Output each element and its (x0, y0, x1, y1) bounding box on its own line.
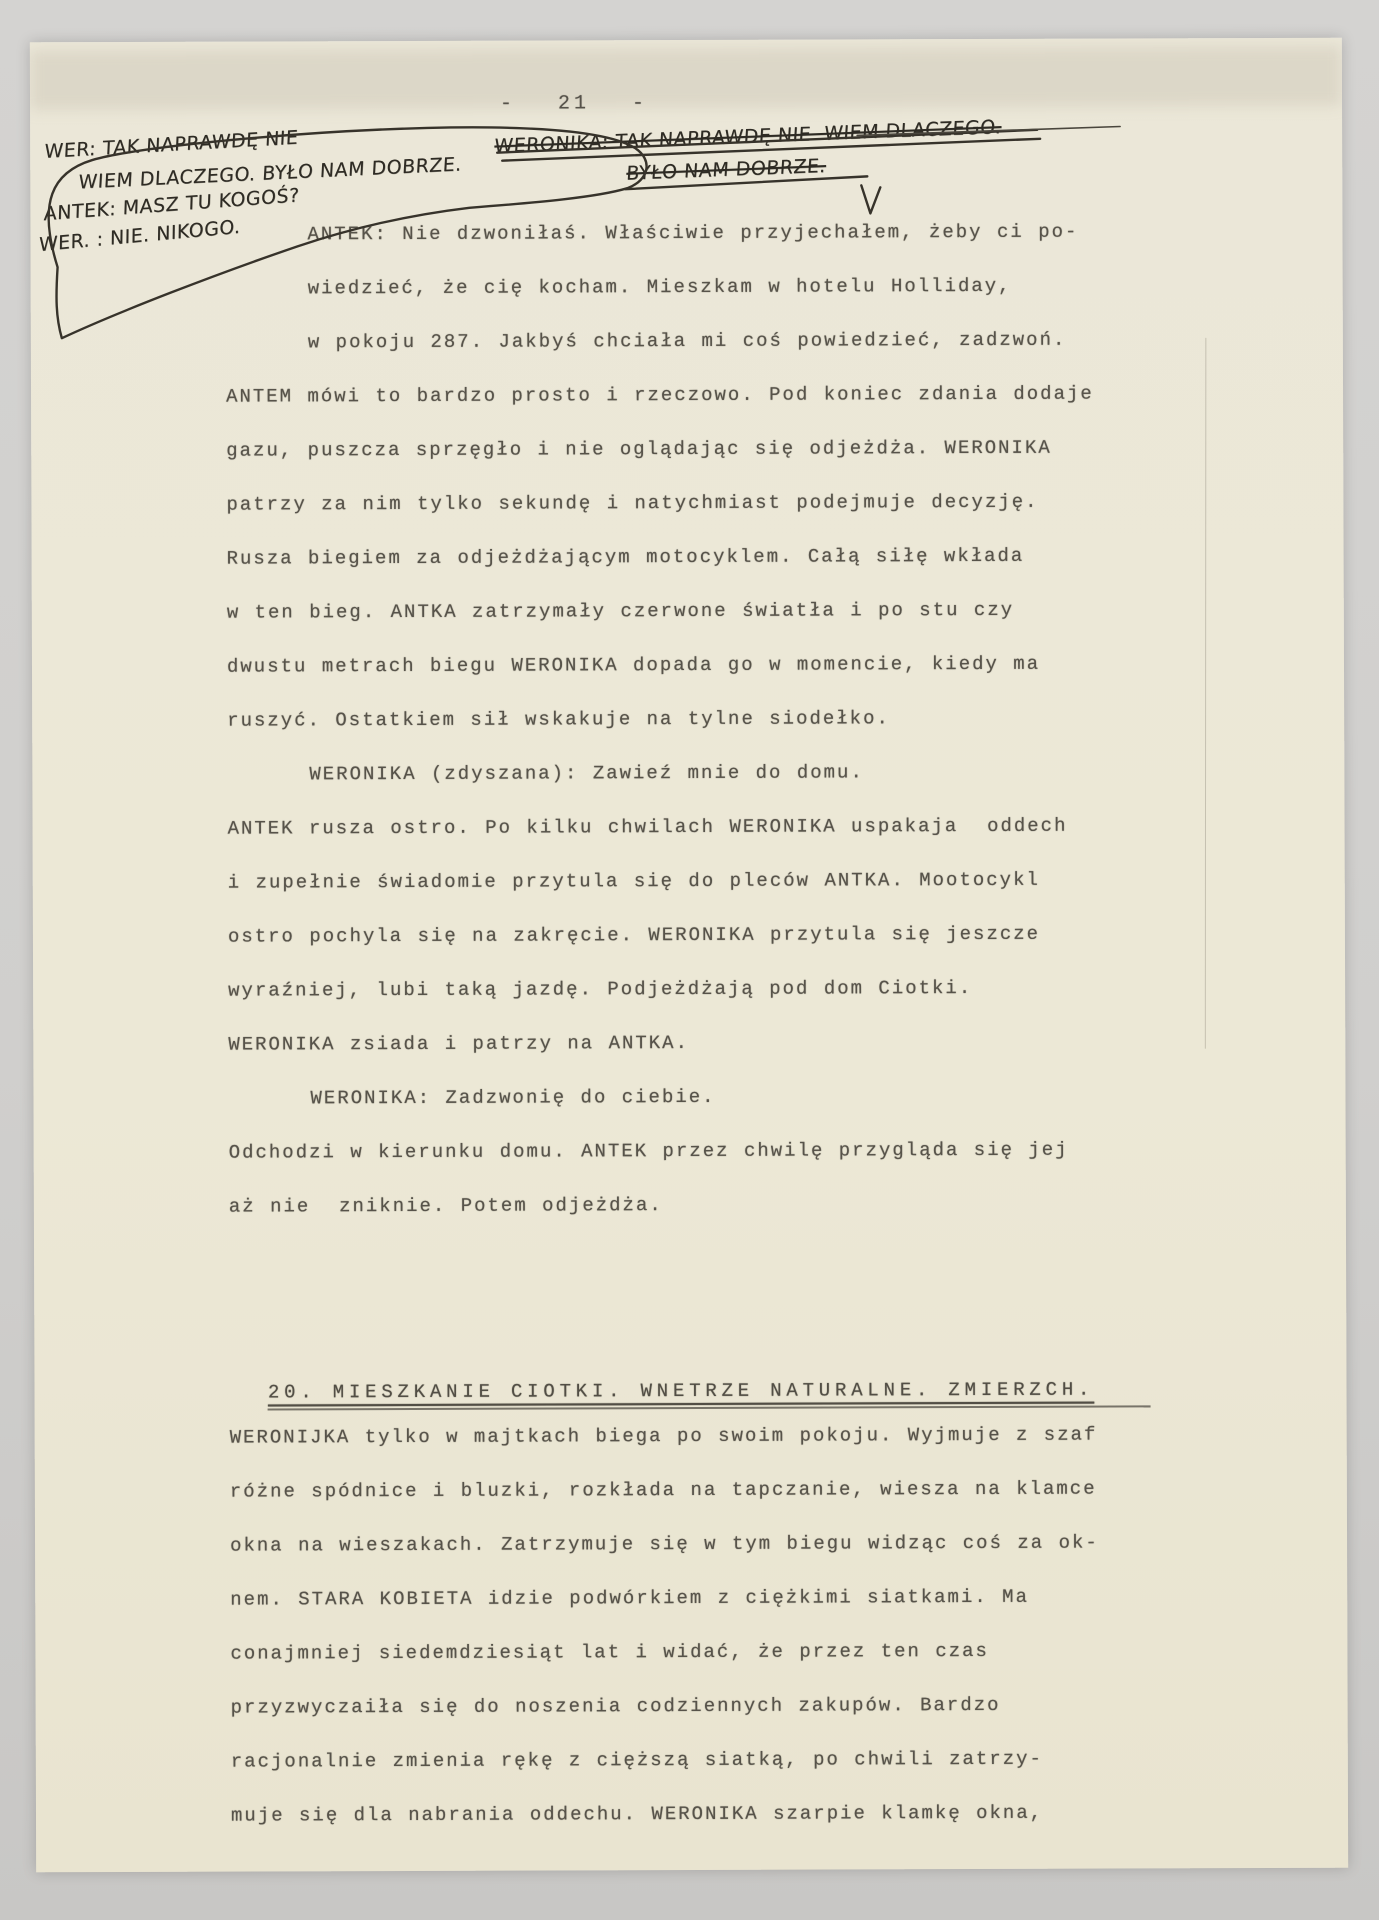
script-line: w pokoju 287. Jakbyś chciała mi coś powi… (226, 328, 1346, 386)
script-paragraph-1: ANTEK: Nie dzwoniłaś. Właściwie przyjech… (225, 220, 1348, 1250)
script-line: wyraźniej, lubi taką jazdę. Podjeżdżają … (228, 976, 1348, 1034)
script-line: WERONIKA zsiada i patrzy na ANTKA. (228, 1030, 1348, 1088)
script-line: Odchodzi w kierunku domu. ANTEK przez ch… (229, 1138, 1349, 1196)
script-line: WERONIKA: Zadzwonię do ciebie. (228, 1084, 1348, 1142)
script-line: conajmniej siedemdziesiąt lat i widać, ż… (230, 1639, 1348, 1697)
script-line: gazu, puszcza sprzęgło i nie oglądając s… (226, 436, 1346, 494)
script-line: ostro pochyla się na zakręcie. WERONIKA … (228, 922, 1348, 980)
handwritten-note-circled: WER: TAK NAPRAWDĘ NIEWIEM DLACZEGO. BYŁO… (30, 38, 1342, 43)
script-line: ANTEK rusza ostro. Po kilku chwilach WER… (228, 814, 1348, 872)
script-line: okna na wieszakach. Zatrzymuje się w tym… (230, 1531, 1348, 1589)
script-paragraph-2: WERONIJKA tylko w majtkach biega po swoi… (230, 1423, 1349, 1859)
page-number: - 21 - (500, 92, 648, 116)
insertion-caret-icon (861, 185, 880, 213)
scene-heading: 20. MIESZKANIE CIOTKI. WNETRZE NATURALNE… (268, 1378, 1150, 1410)
script-line: różne spódnice i bluzki, rozkłada na tap… (230, 1477, 1348, 1535)
scene-heading-wrap: 20. MIESZKANIE CIOTKI. WNETRZE NATURALNE… (229, 1360, 1150, 1421)
script-line: przyzwyczaiła się do noszenia codziennyc… (231, 1693, 1349, 1751)
handwritten-line: WER: TAK NAPRAWDĘ NIE (44, 127, 299, 163)
script-line: ANTEM mówi to bardzo prosto i rzeczowo. … (226, 382, 1346, 440)
script-line: wiedzieć, że cię kocham. Mieszkam w hote… (226, 274, 1346, 332)
script-line: ANTEK: Nie dzwoniłaś. Właściwie przyjech… (225, 220, 1345, 278)
script-line: patrzy za nim tylko sekundę i natychmias… (226, 490, 1346, 548)
script-line: WERONIKA (zdyszana): Zawieź mnie do domu… (227, 760, 1347, 818)
script-line: w ten bieg. ANTKA zatrzymały czerwone św… (227, 598, 1347, 656)
scan-smudge (30, 46, 1342, 111)
script-line: ruszyć. Ostatkiem sił wskakuje na tylne … (227, 706, 1347, 764)
script-line: racjonalnie zmienia rękę z cięższą siatk… (231, 1747, 1348, 1805)
script-line: i zupełnie świadomie przytula się do ple… (228, 868, 1348, 926)
handwritten-line-struck: BYŁO NAM DOBRZE. (626, 155, 827, 185)
script-line: muje się dla nabrania oddechu. WERONIKA … (231, 1801, 1348, 1859)
typescript-page: - 21 - WER: TAK NAPRAWDĘ NIEWIEM DLACZEG… (30, 38, 1348, 1873)
handwritten-line-struck: WERONIKA: TAK NAPRAWDĘ NIE WIEM DLACZEGO… (494, 116, 1003, 158)
script-line: dwustu metrach biegu WERONIKA dopada go … (227, 652, 1347, 710)
script-line: nem. STARA KOBIETA idzie podwórkiem z ci… (230, 1585, 1348, 1643)
handwritten-note-crossed-out: WERONIKA: TAK NAPRAWDĘ NIE WIEM DLACZEGO… (30, 38, 1342, 43)
script-line: WERONIJKA tylko w majtkach biega po swoi… (230, 1423, 1349, 1481)
script-line: Rusza biegiem za odjeżdżającym motocykle… (227, 544, 1347, 602)
script-line: aż nie zniknie. Potem odjeżdża. (229, 1192, 1348, 1250)
